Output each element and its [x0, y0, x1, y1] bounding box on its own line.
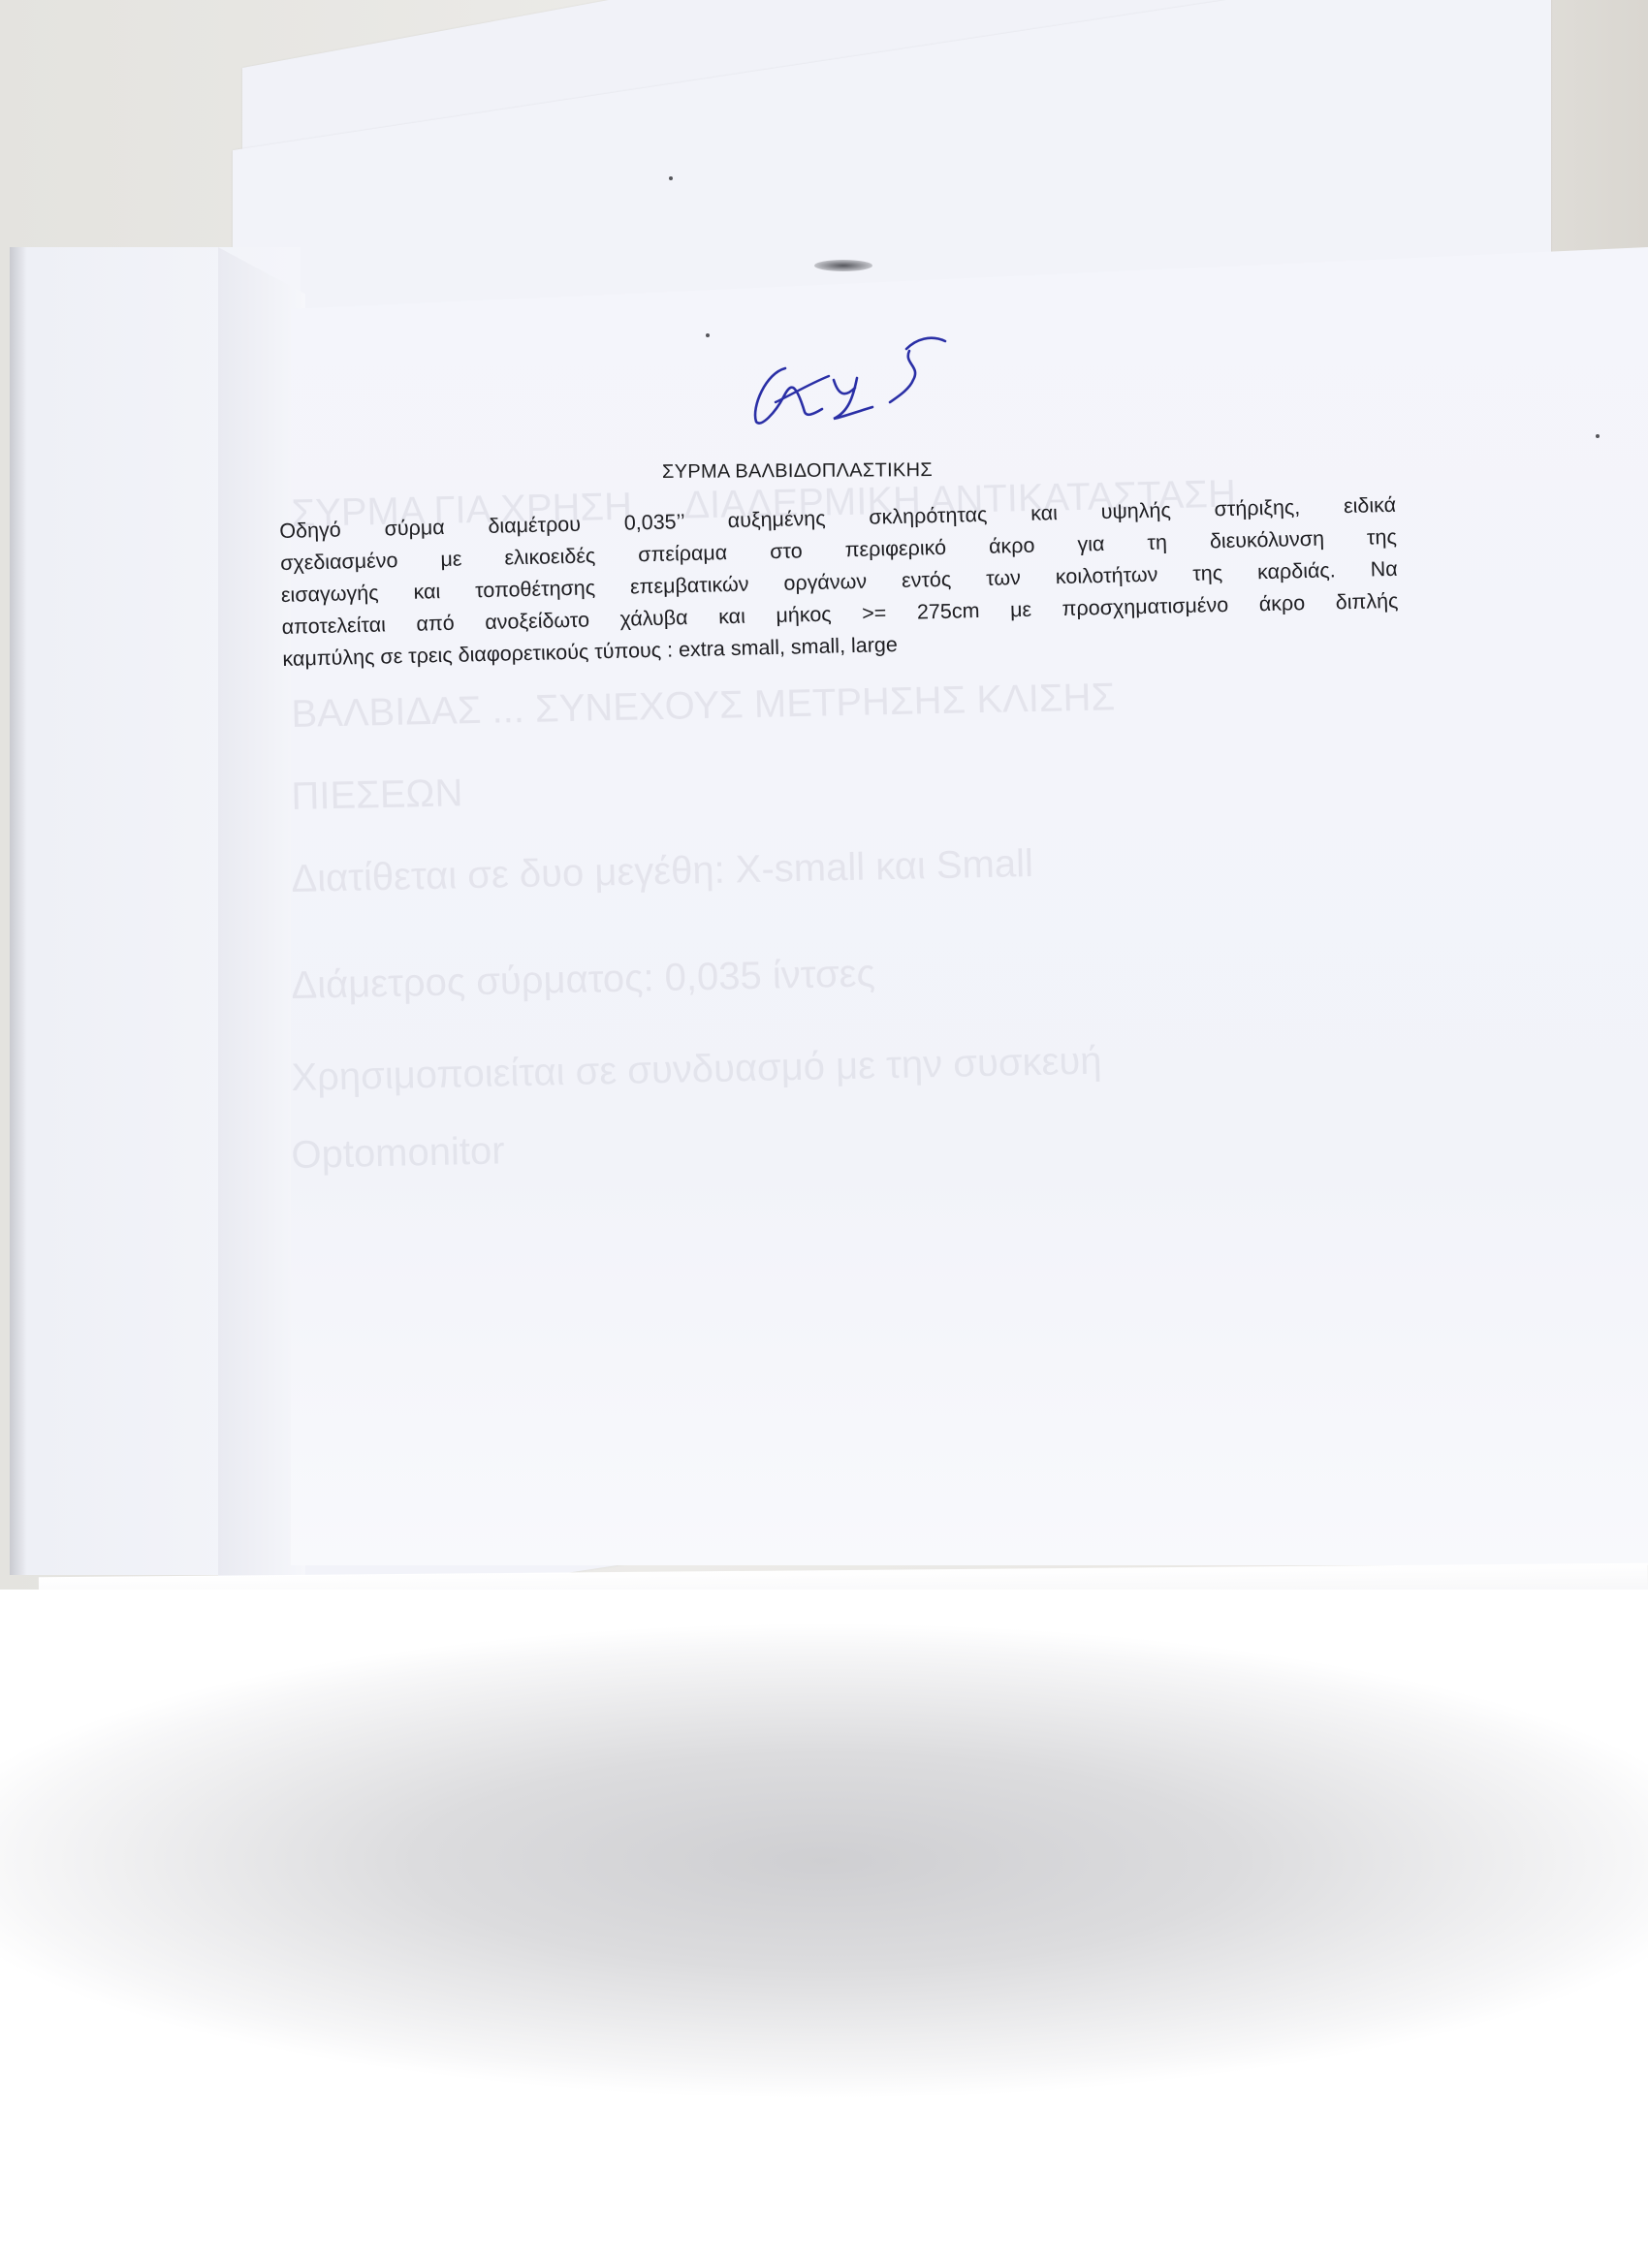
- bleed-through-line: Optomonitor: [291, 1129, 505, 1178]
- scan-blur-area: [0, 1590, 1648, 2268]
- document-title: ΣΥΡΜΑ ΒΑΛΒΙΔΟΠΛΑΣΤΙΚΗΣ: [662, 459, 933, 484]
- document-body: Οδηγό σύρμα διαμέτρου 0,035’’ αυξημένης …: [279, 489, 1400, 676]
- speck: [706, 333, 710, 337]
- handwritten-annotation-alpha-chi-5: αχ 5: [737, 320, 950, 436]
- speck: [669, 176, 673, 180]
- paper-sheet-front: [291, 247, 1648, 1565]
- bleed-through-line: ΠΙΕΣΕΩΝ: [291, 772, 463, 819]
- speck: [1596, 434, 1600, 438]
- staple-mark: [814, 260, 872, 271]
